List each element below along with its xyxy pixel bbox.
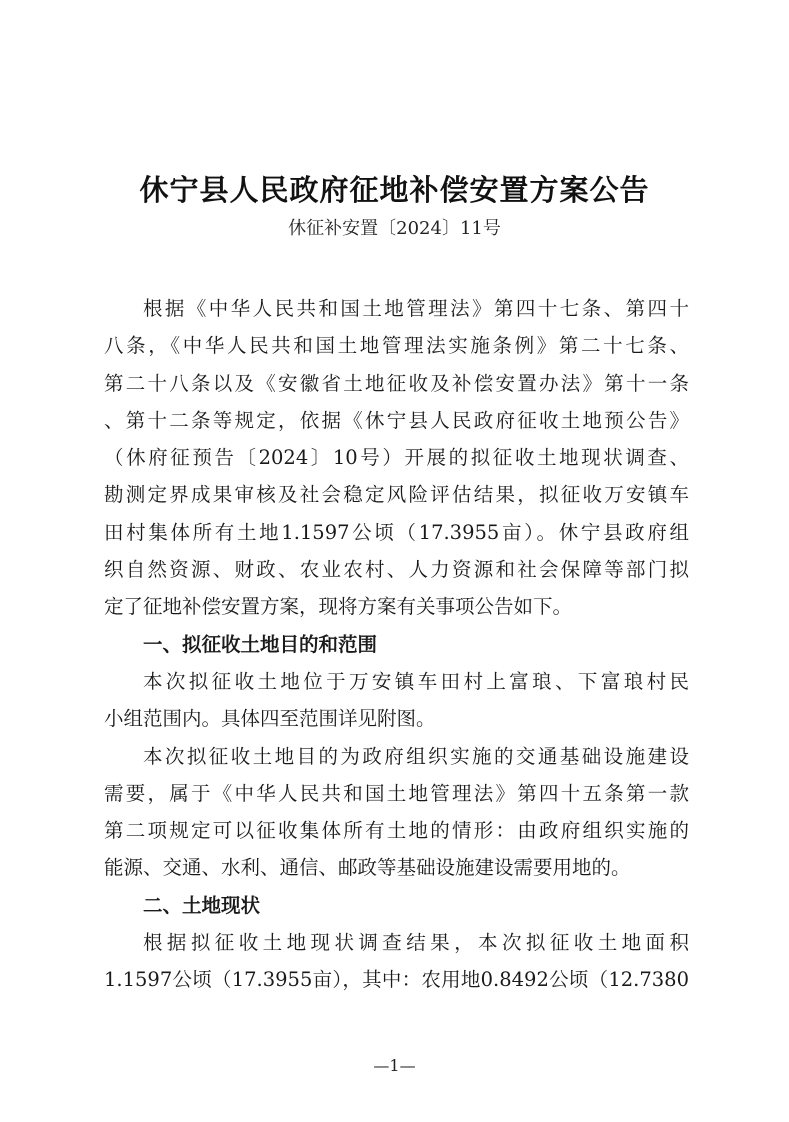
document-page: 休宁县人民政府征地补偿安置方案公告 休征补安置〔2024〕11号 根据《中华人民…: [0, 0, 789, 1122]
body-line: 根据《中华人民共和国土地管理法》第四十七条、第四十: [104, 290, 689, 327]
page-number: —1—: [0, 1056, 789, 1075]
body-line: 、第十二条等规定，依据《休宁县人民政府征收土地预公告》: [104, 402, 689, 439]
body-line: 第二十八条以及《安徽省土地征收及补偿安置办法》第十一条: [104, 365, 689, 402]
body-line: 能源、交通、水利、通信、邮政等基础设施建设需要用地的。: [104, 849, 689, 886]
body-line: 勘测定界成果审核及社会稳定风险评估结果，拟征收万安镇车: [104, 476, 689, 513]
document-body: 根据《中华人民共和国土地管理法》第四十七条、第四十 八条，《中华人民共和国土地管…: [104, 290, 689, 999]
body-line: （休府征预告〔2024〕10号）开展的拟征收土地现状调查、: [104, 439, 689, 476]
section-heading-2: 二、土地现状: [104, 887, 689, 924]
body-line: 第二项规定可以征收集体所有土地的情形：由政府组织实施的: [104, 812, 689, 849]
body-line: 田村集体所有土地1.1597公顷（17.3955亩）。休宁县政府组: [104, 514, 689, 551]
body-line: 本次拟征收土地位于万安镇车田村上富琅、下富琅村民: [104, 663, 689, 700]
section-heading-1: 一、拟征收土地目的和范围: [104, 626, 689, 663]
body-line: 小组范围内。具体四至范围详见附图。: [104, 700, 689, 737]
body-line: 定了征地补偿安置方案，现将方案有关事项公告如下。: [104, 588, 689, 625]
document-number: 休征补安置〔2024〕11号: [0, 214, 789, 240]
body-line: 1.1597公顷（17.3955亩），其中：农用地0.8492公顷（12.738…: [104, 961, 689, 998]
document-title: 休宁县人民政府征地补偿安置方案公告: [0, 168, 789, 209]
body-line: 本次拟征收土地目的为政府组织实施的交通基础设施建设: [104, 738, 689, 775]
body-line: 需要，属于《中华人民共和国土地管理法》第四十五条第一款: [104, 775, 689, 812]
body-line: 织自然资源、财政、农业农村、人力资源和社会保障等部门拟: [104, 551, 689, 588]
body-line: 根据拟征收土地现状调查结果，本次拟征收土地面积: [104, 924, 689, 961]
body-line: 八条，《中华人民共和国土地管理法实施条例》第二十七条、: [104, 327, 689, 364]
